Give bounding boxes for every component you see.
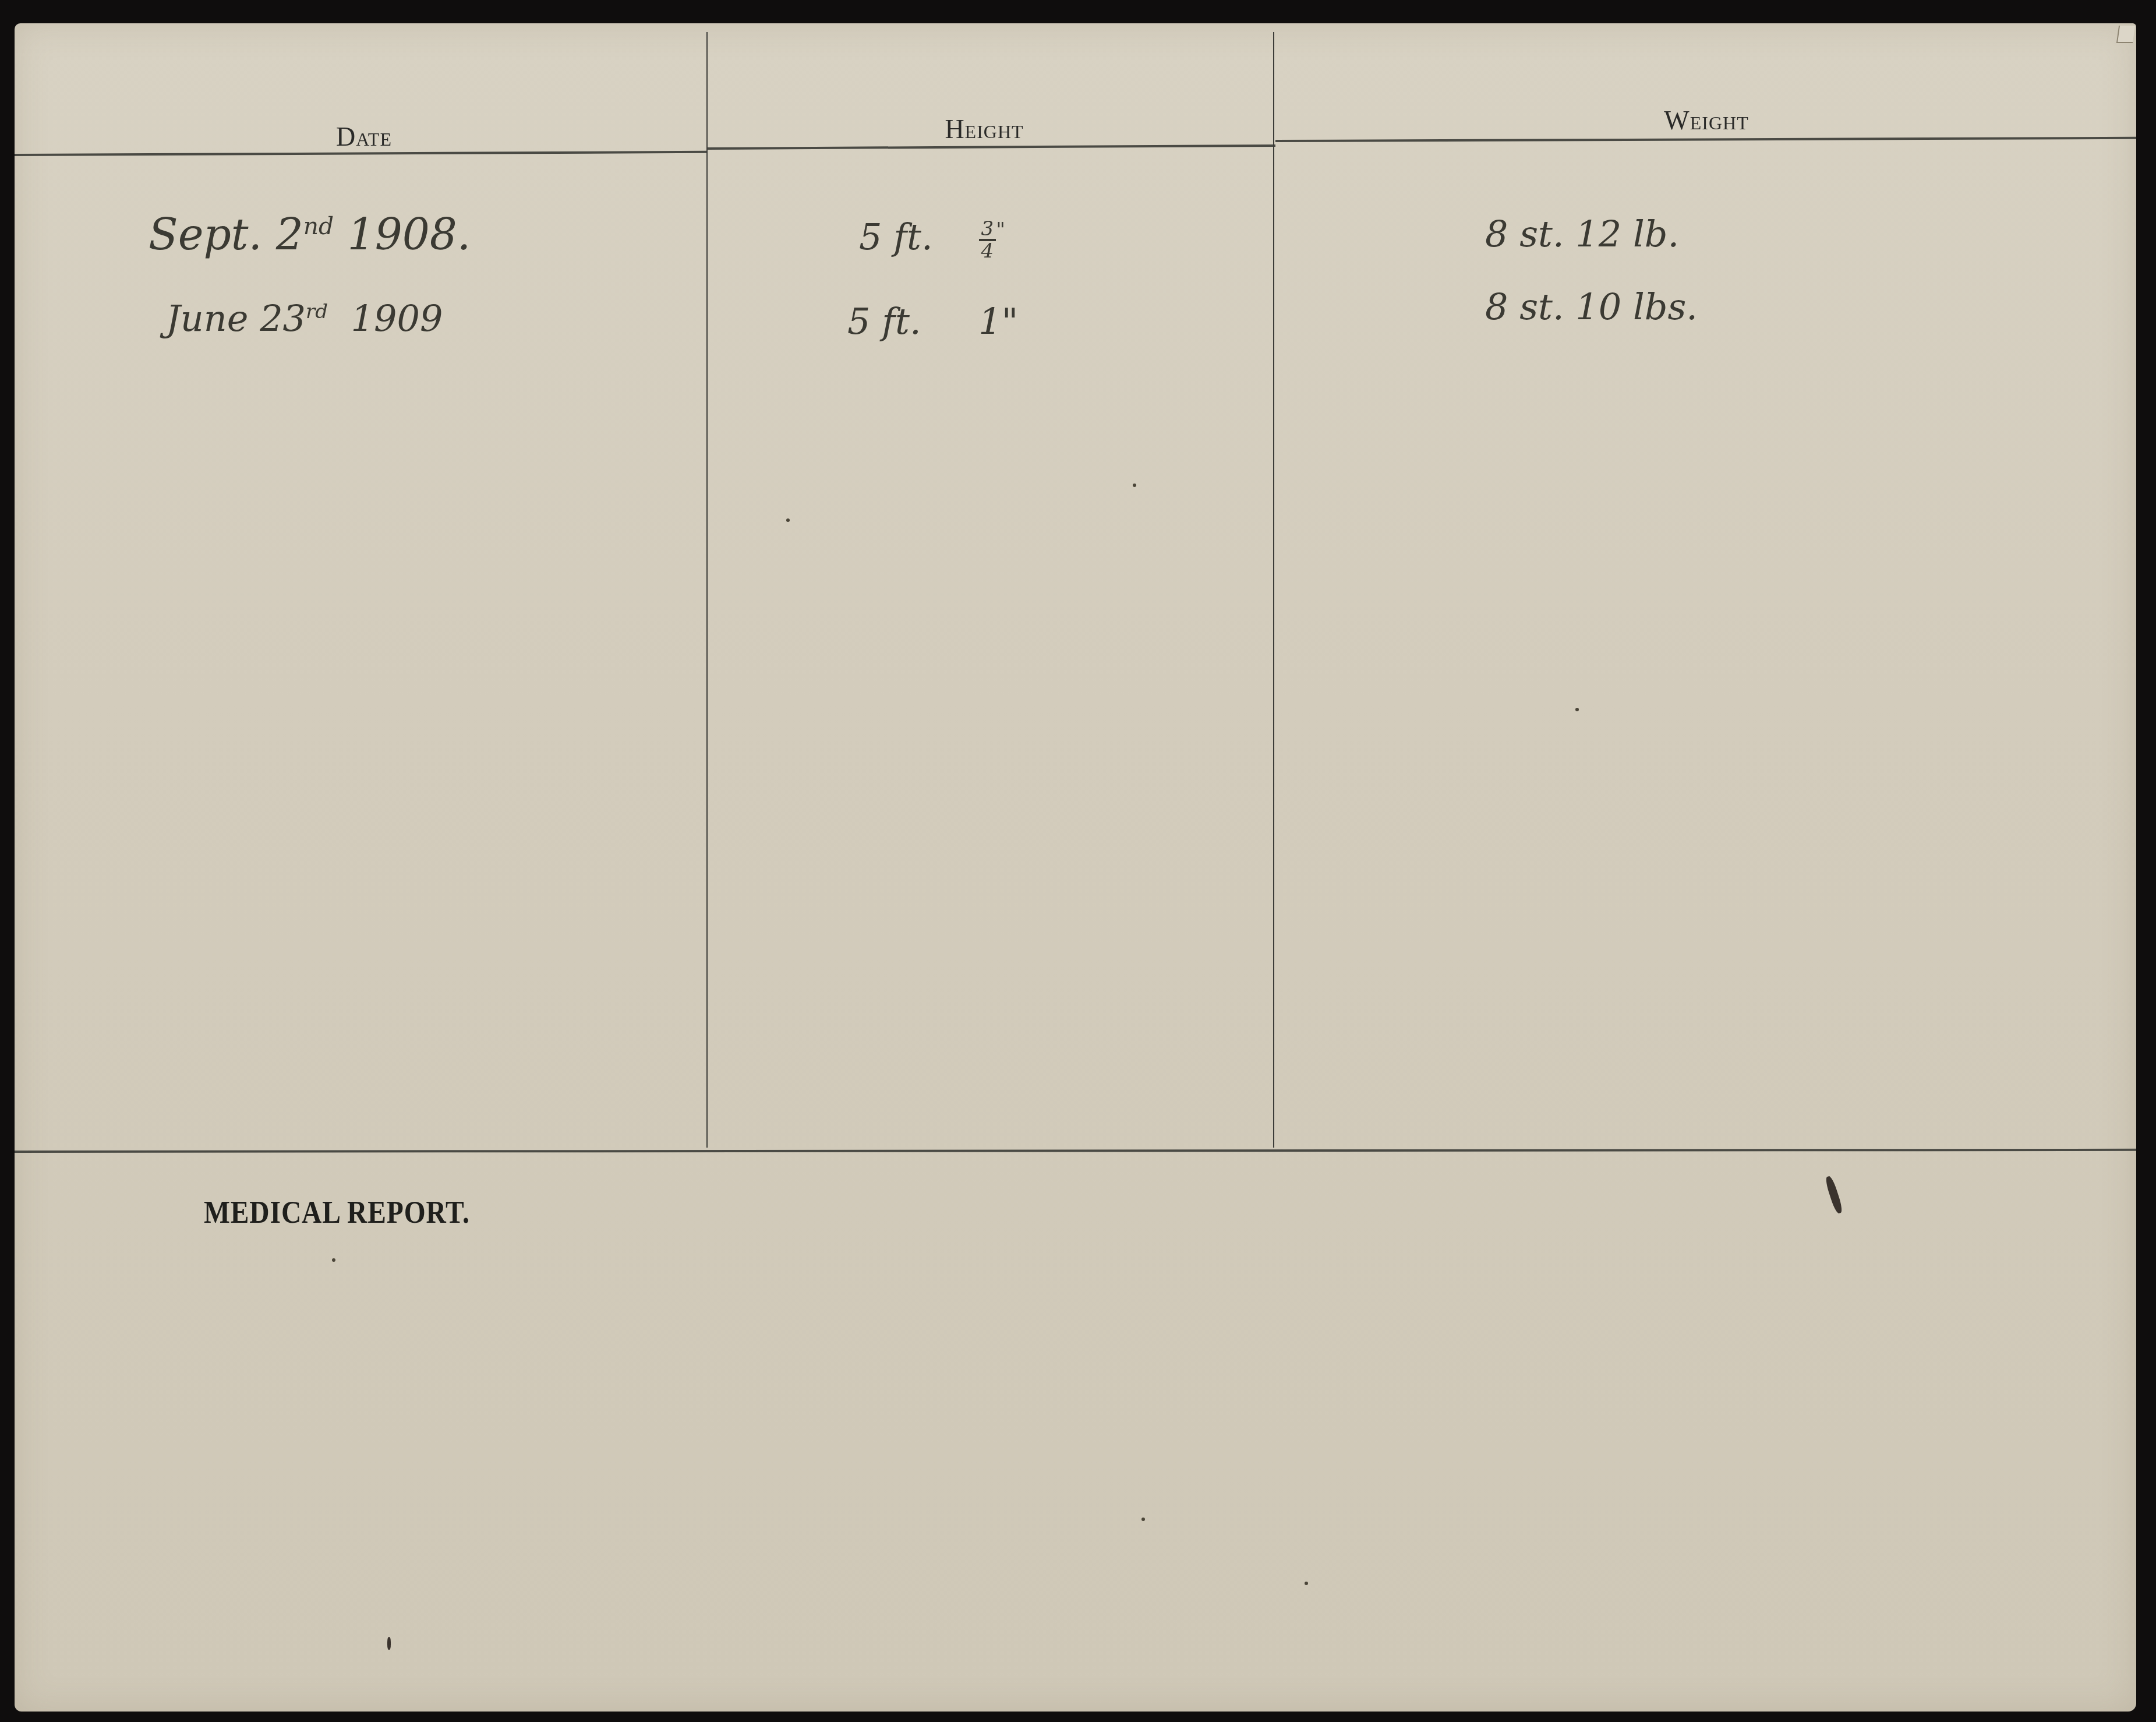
row-1-date: Sept. 2nd 1908. — [149, 210, 471, 260]
paper-speck — [1133, 484, 1136, 487]
paper-speck — [786, 518, 790, 522]
row-2-date-year: 1909 — [351, 297, 443, 340]
ink-tick-mark — [387, 1637, 391, 1650]
paper-speck — [332, 1258, 335, 1262]
row-1-weight: 8 st. 12 lb. — [1485, 213, 1679, 255]
row-1-height-feet: 5 ft. — [859, 216, 933, 258]
paper-speck — [1305, 1582, 1308, 1585]
medical-report-title: MEDICAL REPORT. — [204, 1194, 470, 1230]
table-bottom-rule — [15, 1149, 2136, 1153]
column-header-date: Date — [336, 121, 392, 152]
row-1-height: 5 ft. 3 4 " — [859, 216, 1005, 261]
header-rule-weight — [1275, 137, 2136, 142]
row-2-date: June 23rd 1909 — [166, 297, 443, 340]
row-1-date-month: Sept. — [149, 210, 262, 260]
column-divider-2 — [1273, 32, 1274, 1148]
paper-speck — [1141, 1518, 1145, 1521]
row-1-height-inch-mark: " — [996, 218, 1005, 242]
ink-stroke-mark — [1824, 1175, 1844, 1214]
row-1-date-day: 2 — [276, 210, 303, 260]
paper-speck — [1575, 708, 1579, 711]
folded-corner — [2116, 26, 2135, 43]
column-divider-1 — [706, 32, 708, 1148]
row-2-weight: 8 st. 10 lbs. — [1485, 285, 1698, 328]
row-1-date-suffix: nd — [303, 212, 334, 240]
row-2-height-inches: 1" — [978, 300, 1018, 343]
record-card: Date Height Weight Sept. 2nd 1908. 5 ft.… — [15, 23, 2136, 1712]
row-2-height-feet: 5 ft. — [847, 300, 921, 343]
row-2-date-suffix: rd — [306, 300, 328, 323]
column-header-weight: Weight — [1664, 105, 1748, 136]
medical-report-body — [204, 1247, 2067, 1689]
column-header-height: Height — [945, 114, 1023, 144]
row-1-height-fraction: 3 4 — [979, 219, 996, 261]
row-2-date-day: 23 — [260, 297, 306, 340]
header-rule-height — [708, 144, 1275, 150]
row-1-date-year: 1908. — [348, 210, 471, 260]
row-2-date-month: June — [166, 297, 248, 340]
row-2-height: 5 ft. 1" — [847, 300, 1018, 343]
